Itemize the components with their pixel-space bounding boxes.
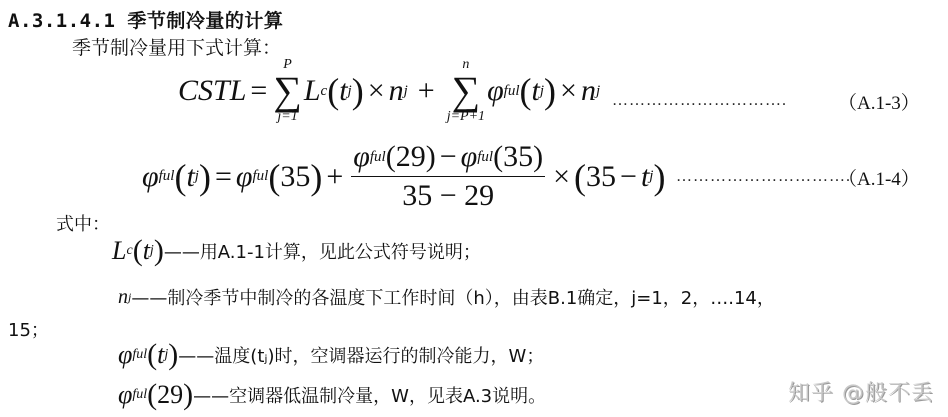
definition-nj-continuation: 15； bbox=[8, 316, 49, 342]
eq1-leader-dots: …………………………. bbox=[612, 92, 787, 110]
definition-lc: Lc (tj) ——用A.1-1计算，见此公式符号说明； bbox=[112, 236, 481, 266]
zhihu-watermark: 知乎 @般不丢 bbox=[788, 376, 934, 407]
symbol-phi-ful-29: φful (29) bbox=[118, 380, 193, 410]
where-label: 式中： bbox=[56, 210, 110, 236]
section-heading: A.3.1.4.1 季节制冷量的计算 bbox=[8, 6, 283, 33]
eq1-sum2: n ∑ j=P+1 bbox=[447, 58, 485, 124]
section-number: A.3.1.4.1 bbox=[8, 10, 115, 32]
eq1-lhs: CSTL bbox=[178, 74, 246, 108]
eq2-fraction: φful (29) − φful (35) 35 − 29 bbox=[351, 140, 545, 213]
symbol-lc: Lc (tj) bbox=[112, 236, 164, 266]
section-title: 季节制冷量的计算 bbox=[127, 10, 283, 32]
eq2-denominator: 35 − 29 bbox=[402, 177, 494, 213]
eq2-leader-dots: …………………………. bbox=[676, 168, 851, 186]
equation-a1-4: φful (tj) = φful (35) + φful (29) − φful… bbox=[142, 140, 665, 213]
definition-phi-tj: φful (tj) ——温度(tⱼ)时，空调器运行的制冷能力，W； bbox=[118, 340, 544, 370]
intro-text: 季节制冷量用下式计算： bbox=[72, 33, 281, 60]
eq2-numerator: φful (29) − φful (35) bbox=[351, 140, 545, 177]
definition-phi-29: φful (29) ——空调器低温制冷量，W，见表A.3说明。 bbox=[118, 380, 546, 410]
eq1-number: （A.1-3） bbox=[838, 88, 920, 115]
eq1-sum1: P ∑ j=1 bbox=[273, 58, 302, 124]
definition-nj: nj ——制冷季节中制冷的各温度下工作时间（h），由表B.1确定，j=1，2，…… bbox=[118, 284, 775, 310]
eq2-number: （A.1-4） bbox=[838, 164, 920, 191]
symbol-nj: nj bbox=[118, 286, 131, 309]
symbol-phi-ful-tj: φful (tj) bbox=[118, 340, 178, 370]
equation-a1-3: CSTL = P ∑ j=1 Lc (tj) × nj + n ∑ j=P+1 … bbox=[178, 58, 600, 124]
